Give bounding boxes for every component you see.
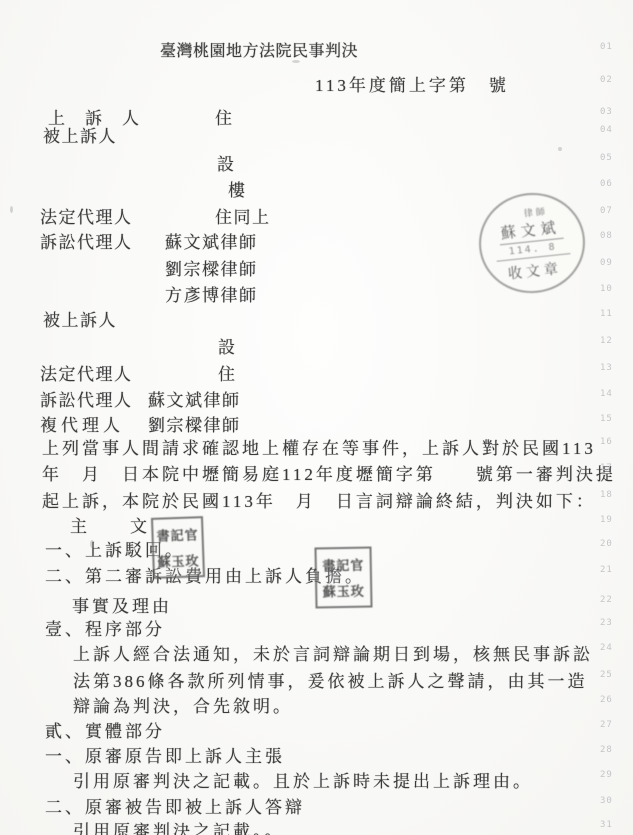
preamble-line: 上列當事人間請求確認地上權存在等事件，上訴人對於民國113 (42, 434, 596, 459)
counsel-name: 蘇文斌律師 (148, 386, 241, 411)
appellee-floor-suffix: 樓 (228, 176, 247, 201)
line-number: 28 (600, 745, 613, 755)
counsel-label: 訴訟代理人 (40, 228, 133, 253)
line-number: 22 (600, 595, 613, 605)
legal-rep-residence: 住同上 (215, 203, 271, 228)
scan-speck (10, 206, 13, 213)
line-number: 21 (600, 565, 613, 575)
line-number: 09 (600, 258, 613, 268)
line-number: 25 (600, 670, 613, 680)
stamp-receipt-label: 收文章 (507, 258, 563, 284)
procedure-line: 上訴人經合法通知，未於言詞辯論期日到場，核無民事訴訟 (73, 640, 593, 665)
line-number: 10 (600, 284, 613, 294)
line-number: 18 (600, 490, 613, 500)
line-number: 01 (600, 42, 613, 52)
line-number: 24 (600, 643, 613, 653)
appellee-label: 被上訴人 (43, 122, 117, 147)
line-number: 13 (600, 363, 613, 373)
line-number: 07 (600, 206, 613, 216)
clerk-seal-stamp: 書記官 蘇玉玫 (314, 547, 372, 609)
case-number: 113年度簡上字第 號 (315, 71, 509, 96)
facts-heading: 事實及理由 (72, 592, 172, 617)
appellee-office-prefix: 設 (218, 333, 237, 358)
appellant-residence: 住 (215, 104, 234, 129)
line-number: 31 (600, 820, 613, 830)
line-number: 30 (600, 796, 613, 806)
procedure-heading: 壹、程序部分 (45, 615, 165, 640)
line-number: 03 (600, 107, 613, 117)
line-number: 04 (600, 125, 613, 135)
legal-rep-label: 法定代理人 (40, 203, 133, 228)
clerk-seal-title: 書記官 (322, 555, 364, 575)
line-number: 08 (600, 231, 613, 241)
defense-heading: 二、原審被告即被上訴人答辯 (45, 793, 305, 818)
claim-heading: 一、原審原告即上訴人主張 (45, 742, 285, 767)
clerk-seal-title: 書記官 (156, 525, 199, 545)
line-number: 15 (600, 414, 613, 424)
line-number: 29 (600, 770, 613, 780)
counsel-label: 訴訟代理人 (40, 386, 133, 411)
line-number: 19 (600, 515, 613, 525)
counsel-name: 蘇文斌律師 (165, 228, 258, 253)
clerk-seal-stamp: 書記官 蘇玉玫 (151, 516, 205, 579)
line-number: 16 (600, 437, 613, 447)
procedure-line: 辯論為判決，合先敘明。 (73, 692, 293, 717)
legal-rep-label: 法定代理人 (40, 360, 133, 385)
line-number: 06 (600, 179, 613, 189)
line-number: 27 (600, 720, 613, 730)
line-number: 11 (600, 309, 613, 319)
procedure-line: 法第386條各款所列情事，爰依被上訴人之聲請，由其一造 (73, 667, 588, 692)
counsel-name: 劉宗樑律師 (148, 411, 241, 436)
appellee-label: 被上訴人 (43, 306, 117, 331)
line-number: 12 (600, 336, 613, 346)
clerk-seal-name: 蘇玉玫 (323, 580, 365, 600)
scan-speck (292, 60, 300, 63)
line-number: 26 (600, 695, 613, 705)
scan-speck (90, 540, 94, 548)
lawyer-receipt-stamp: 律師 蘇文斌 114. 8 收文章 (474, 188, 590, 299)
sub-counsel-label: 複代理人 (40, 411, 124, 436)
court-title: 臺灣桃園地方法院民事判決 (160, 38, 358, 61)
scan-speck (558, 147, 562, 151)
clerk-seal-name: 蘇玉玫 (157, 550, 200, 570)
counsel-name: 方彥博律師 (165, 281, 258, 306)
line-number: 20 (600, 539, 613, 549)
line-number: 14 (600, 389, 613, 399)
main-text-heading: 主 文 (70, 512, 150, 537)
legal-rep-residence: 住 (218, 360, 237, 385)
defense-body: 引用原審判決之記載。。 (73, 817, 285, 835)
preamble-line: 年 月 日本院中壢簡易庭112年度壢簡字第 號第一審判決提 (42, 460, 616, 485)
line-number: 05 (600, 153, 613, 163)
line-number: 17 (600, 463, 613, 473)
appellee-office-prefix: 設 (217, 150, 236, 175)
counsel-name: 劉宗樑律師 (165, 255, 258, 280)
merits-heading: 貳、實體部分 (45, 717, 165, 742)
scanned-judgment-page: 臺灣桃園地方法院民事判決 113年度簡上字第 號 上 訴 人 住 被上訴人 設 … (0, 0, 633, 835)
preamble-line: 起上訴，本院於民國113年 月 日言詞辯論終結，判決如下： (42, 487, 596, 512)
line-number: 23 (600, 618, 613, 628)
line-number: 02 (600, 75, 613, 85)
claim-body: 引用原審判決之記載。且於上訴時未提出上訴理由。 (73, 767, 533, 792)
